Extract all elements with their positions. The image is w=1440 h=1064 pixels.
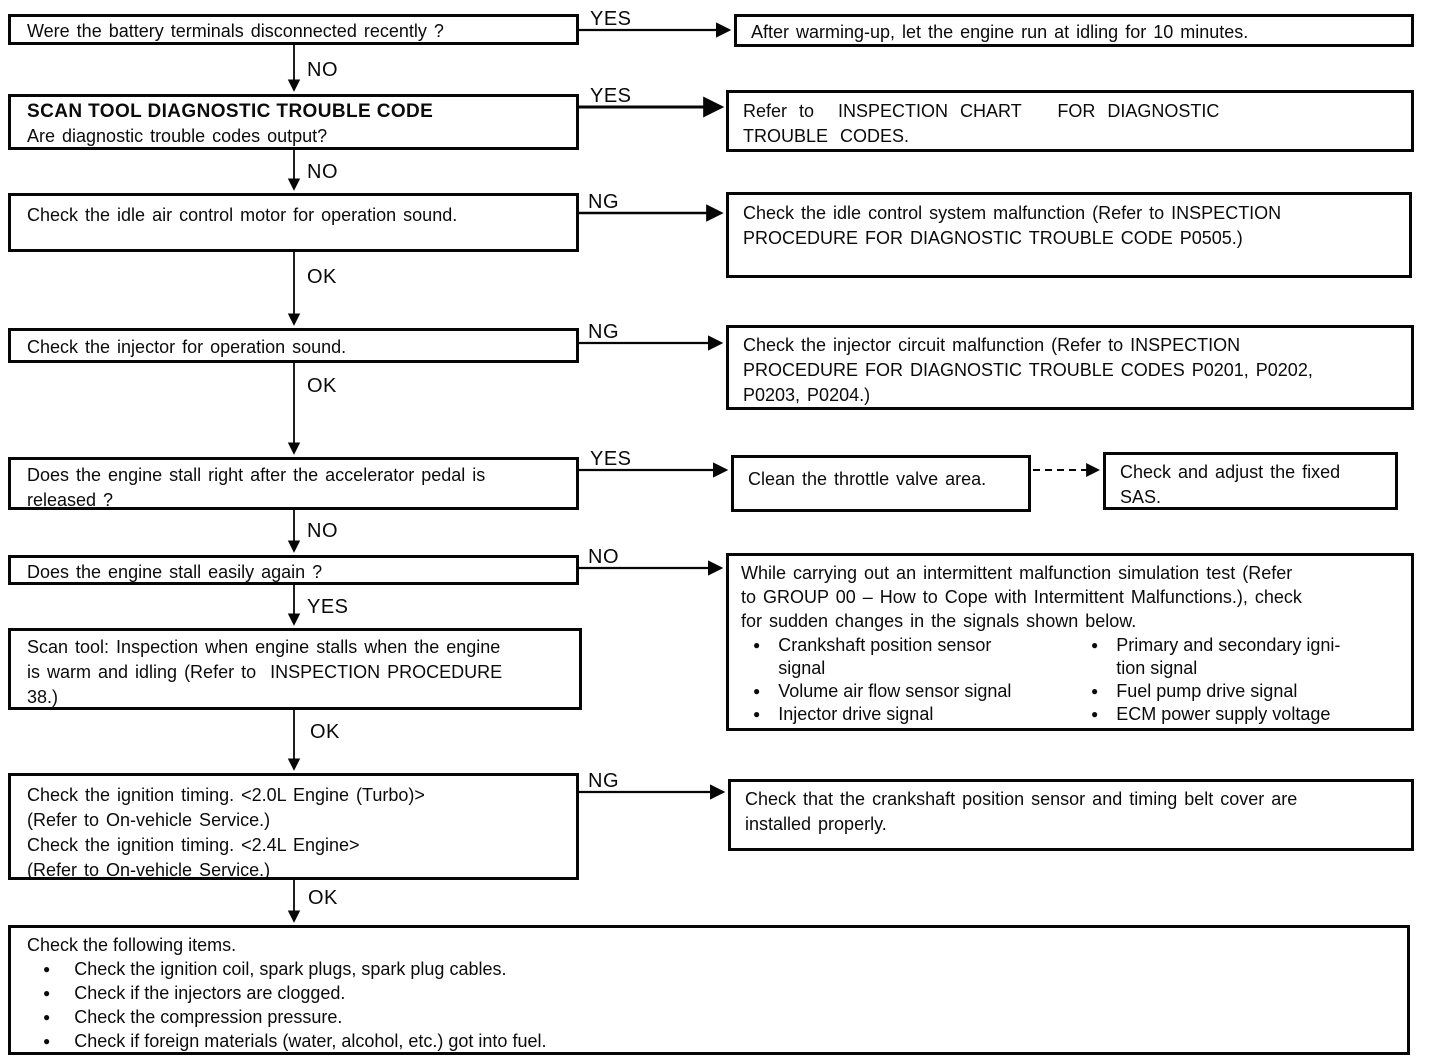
node-text: After warming-up, let the engine run at … (751, 20, 1403, 45)
node-final-checks: Check the following items. ● Check the i… (8, 925, 1410, 1055)
bullet-icon: ● (753, 680, 760, 703)
node-text: Does the engine stall right after the ac… (27, 463, 568, 513)
bullet-icon: ● (43, 981, 50, 1005)
list-item-text: Check if the injectors are clogged. (74, 981, 345, 1005)
bullet-icon: ● (753, 634, 760, 680)
bullet-icon: ● (753, 703, 760, 726)
edge-label-yes: YES (590, 85, 632, 107)
bullet-column-right: ● Primary and secondary igni- tion signa… (1079, 634, 1403, 726)
node-check-ignition-timing: Check the ignition timing. <2.0L Engine … (8, 773, 579, 880)
list-item: ● Check if foreign materials (water, alc… (27, 1029, 1399, 1053)
node-text: Check the idle air control motor for ope… (27, 203, 568, 228)
node-refer-inspection-chart: Refer to INSPECTION CHART FOR DIAGNOSTIC… (726, 90, 1414, 152)
edge-label-no: NO (307, 59, 338, 81)
node-scan-tool-dtc: SCAN TOOL DIAGNOSTIC TROUBLE CODE Are di… (8, 94, 579, 150)
node-clean-throttle-valve: Clean the throttle valve area. (731, 455, 1031, 512)
list-item: ● Crankshaft position sensor signal (741, 634, 1079, 680)
edge-label-ng: NG (588, 321, 619, 343)
node-adjust-fixed-sas: Check and adjust the fixed SAS. (1103, 452, 1398, 510)
list-item: ● Volume air flow sensor signal (741, 680, 1079, 703)
list-item: ● Check the ignition coil, spark plugs, … (27, 957, 1399, 981)
connector-layer: YES NO YES NO NG OK NG OK YES NO NO YES … (0, 0, 1440, 1064)
node-stall-easily-again: Does the engine stall easily again ? (8, 555, 579, 585)
list-item-text: Check the ignition coil, spark plugs, sp… (74, 957, 506, 981)
list-item: ● Check if the injectors are clogged. (27, 981, 1399, 1005)
list-item-text: ECM power supply voltage (1116, 703, 1330, 726)
bullet-icon: ● (43, 957, 50, 981)
node-intermittent-malfunction-test: While carrying out an intermittent malfu… (726, 553, 1414, 731)
edge-label-ok: OK (310, 721, 340, 743)
list-item: ● Primary and secondary igni- tion signa… (1079, 634, 1403, 680)
node-text: Check the idle control system malfunctio… (743, 201, 1401, 251)
list-item-text: Crankshaft position sensor signal (778, 634, 991, 680)
list-item-text: Volume air flow sensor signal (778, 680, 1011, 703)
diagnostic-flowchart: YES NO YES NO NG OK NG OK YES NO NO YES … (0, 0, 1440, 1064)
edge-label-no: NO (307, 520, 338, 542)
list-item-text: Fuel pump drive signal (1116, 680, 1297, 703)
edge-label-ok: OK (307, 266, 337, 288)
edge-label-no: NO (307, 161, 338, 183)
node-text: Were the battery terminals disconnected … (27, 19, 568, 44)
node-title: SCAN TOOL DIAGNOSTIC TROUBLE CODE (27, 100, 568, 124)
node-text: Refer to INSPECTION CHART FOR DIAGNOSTIC… (743, 99, 1403, 149)
bullet-icon: ● (1091, 634, 1098, 680)
edge-label-no: NO (588, 546, 619, 568)
bullet-column-left: ● Crankshaft position sensor signal ● Vo… (741, 634, 1079, 726)
bullet-icon: ● (43, 1005, 50, 1029)
node-scan-tool-stall-inspection: Scan tool: Inspection when engine stalls… (8, 628, 582, 710)
list-item: ● Injector drive signal (741, 703, 1079, 726)
node-text: Clean the throttle valve area. (748, 467, 1020, 492)
bullet-columns: ● Crankshaft position sensor signal ● Vo… (741, 634, 1403, 726)
node-battery-terminals-question: Were the battery terminals disconnected … (8, 14, 579, 45)
edge-label-yes: YES (590, 8, 632, 30)
node-title: Check the following items. (27, 933, 1399, 957)
node-idle-control-malfunction: Check the idle control system malfunctio… (726, 192, 1412, 278)
edge-label-yes: YES (307, 596, 349, 618)
node-stall-after-accelerator: Does the engine stall right after the ac… (8, 457, 579, 510)
node-crankshaft-sensor-cover: Check that the crankshaft position senso… (728, 779, 1414, 851)
list-item-text: Check the compression pressure. (74, 1005, 342, 1029)
node-text: Does the engine stall easily again ? (27, 560, 568, 585)
edge-label-ng: NG (588, 191, 619, 213)
node-injector-sound: Check the injector for operation sound. (8, 328, 579, 363)
node-text: Check the injector circuit malfunction (… (743, 333, 1403, 408)
node-text: Check and adjust the fixed SAS. (1120, 460, 1387, 510)
list-item: ● Fuel pump drive signal (1079, 680, 1403, 703)
edge-label-ok: OK (308, 887, 338, 909)
edge-label-ng: NG (588, 770, 619, 792)
node-text: Check the ignition timing. <2.0L Engine … (27, 783, 568, 883)
bullet-icon: ● (1091, 680, 1098, 703)
node-text: While carrying out an intermittent malfu… (741, 561, 1403, 633)
list-item-text: Injector drive signal (778, 703, 933, 726)
node-idle-air-control-sound: Check the idle air control motor for ope… (8, 193, 579, 252)
bullet-icon: ● (43, 1029, 50, 1053)
bullet-icon: ● (1091, 703, 1098, 726)
list-item-text: Primary and secondary igni- tion signal (1116, 634, 1340, 680)
node-text: Scan tool: Inspection when engine stalls… (27, 635, 571, 710)
edge-label-ok: OK (307, 375, 337, 397)
list-item: ● Check the compression pressure. (27, 1005, 1399, 1029)
list-item-text: Check if foreign materials (water, alcoh… (74, 1029, 546, 1053)
node-warm-up-idle: After warming-up, let the engine run at … (734, 14, 1414, 47)
list-item: ● ECM power supply voltage (1079, 703, 1403, 726)
edge-label-yes: YES (590, 448, 632, 470)
node-text: Are diagnostic trouble codes output? (27, 124, 568, 149)
node-injector-circuit-malfunction: Check the injector circuit malfunction (… (726, 325, 1414, 410)
node-text: Check that the crankshaft position senso… (745, 787, 1403, 837)
node-text: Check the injector for operation sound. (27, 335, 568, 360)
